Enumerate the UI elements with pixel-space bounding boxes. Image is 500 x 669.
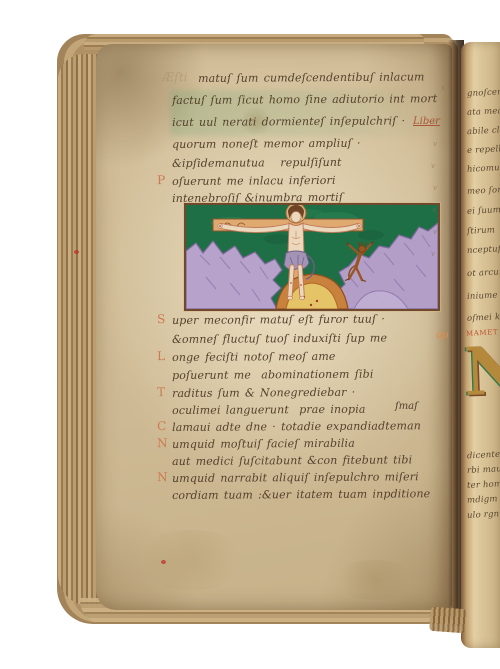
line-text: quorum noneſt memor ampliuſ · [172,137,361,151]
right-page-decorated-initial: N [463,339,500,404]
rubricated-initial: L [157,350,165,362]
line-text: uper meconfir matuſ eſt furor tuuſ · [172,313,385,327]
right-page-fragment: dicente ſuct [467,449,500,462]
margin-note-op: op [436,330,448,341]
line-text: &omneſ fluctuſ tuoſ induxiſti ſup me [172,331,387,346]
right-page-fragment: meo ſor [467,185,500,197]
crucifixion-miniature [184,203,440,311]
line-text: oſuerunt me inlacu inferiori [172,174,336,188]
line-text: onge feciſti notoſ meoſ ame [172,350,336,364]
rubricated-initial: C [157,420,166,432]
parchment-stain [130,530,250,590]
rubricated-initial: N [157,471,168,483]
right-page-fragment: ulo rgni [467,509,500,521]
line-text: icut uul nerati dormienteſ inſepulchriſ … [172,114,405,129]
margin-cross-mark: x [441,84,445,92]
gutter-tick: v [433,140,437,148]
binding-stitches [429,607,467,633]
margin-note: ſmaſ [395,401,418,412]
line-text: factuſ ſum ſicut homo ſine adiutorio int… [172,92,437,107]
line-text: matuſ ſum cumdeſcendentibuſ inlacum [198,70,425,85]
right-page-fragment: e repelle [467,144,500,156]
line-text: umquid moſtuiſ facieſ mirabilia [172,437,355,451]
gutter-tick: v [431,250,435,258]
line-text: aut medici ſuſcitabunt &con fitebunt tib… [172,453,412,468]
line-text: cordiam tuam :&uer itatem tuam inpdition… [172,487,430,502]
red-mark [161,560,166,564]
right-page-fragment: oſmei k [467,312,500,324]
line-text: oculimei languerunt prae inopia [172,403,366,417]
right-page-fragment: ſtirum [467,225,496,236]
miniature-art [186,205,438,309]
right-page-fragment: abile clam [467,125,500,137]
rubricated-initial: N [157,437,168,449]
right-page-fragment: ei ſuum [467,205,500,217]
right-page-fragment: hicomu [467,163,500,175]
right-page-fragment: ata mea [467,106,500,118]
gutter-tick: v [433,228,437,236]
gutter-tick: v [431,162,435,170]
gutter-tick: v [433,184,437,192]
parchment-stain [330,560,420,600]
line-text: lamaui adte dne · totadie expandiadteman [172,419,421,434]
right-page-fragment: ot arcumi [467,267,500,279]
right-page-fragment: nceptuſ a [467,244,500,256]
line-text: raditus ſum & Nonegrediebar · [172,386,355,400]
right-page-fragment: ter homa [467,479,500,491]
rubricated-initial: S [157,313,165,325]
right-page-fragment: gnoſcent [467,87,500,99]
red-mark [74,250,79,254]
line-text: &ipſidemanutua repulſiſunt [172,156,342,170]
line-text: umquid narrabit aliquiſ inſepulchro miſe… [172,470,419,485]
rubricated-initial: T [157,386,165,398]
faded-initial: Æſti [162,71,188,83]
line-text: poſuerunt me abominationem ſibi [172,368,374,382]
gutter-tick: v [432,118,436,126]
gutter-tick: v [432,206,436,214]
right-page-fragment: mdigm [467,494,498,506]
right-page-fragment: iniume N [467,290,500,302]
right-page-fragment: rbi maur [467,464,500,476]
rubricated-initial: P [157,174,165,186]
manuscript-photo: Æſtimatuſ ſum cumdeſcendentibuſ inlacum … [0,0,500,669]
